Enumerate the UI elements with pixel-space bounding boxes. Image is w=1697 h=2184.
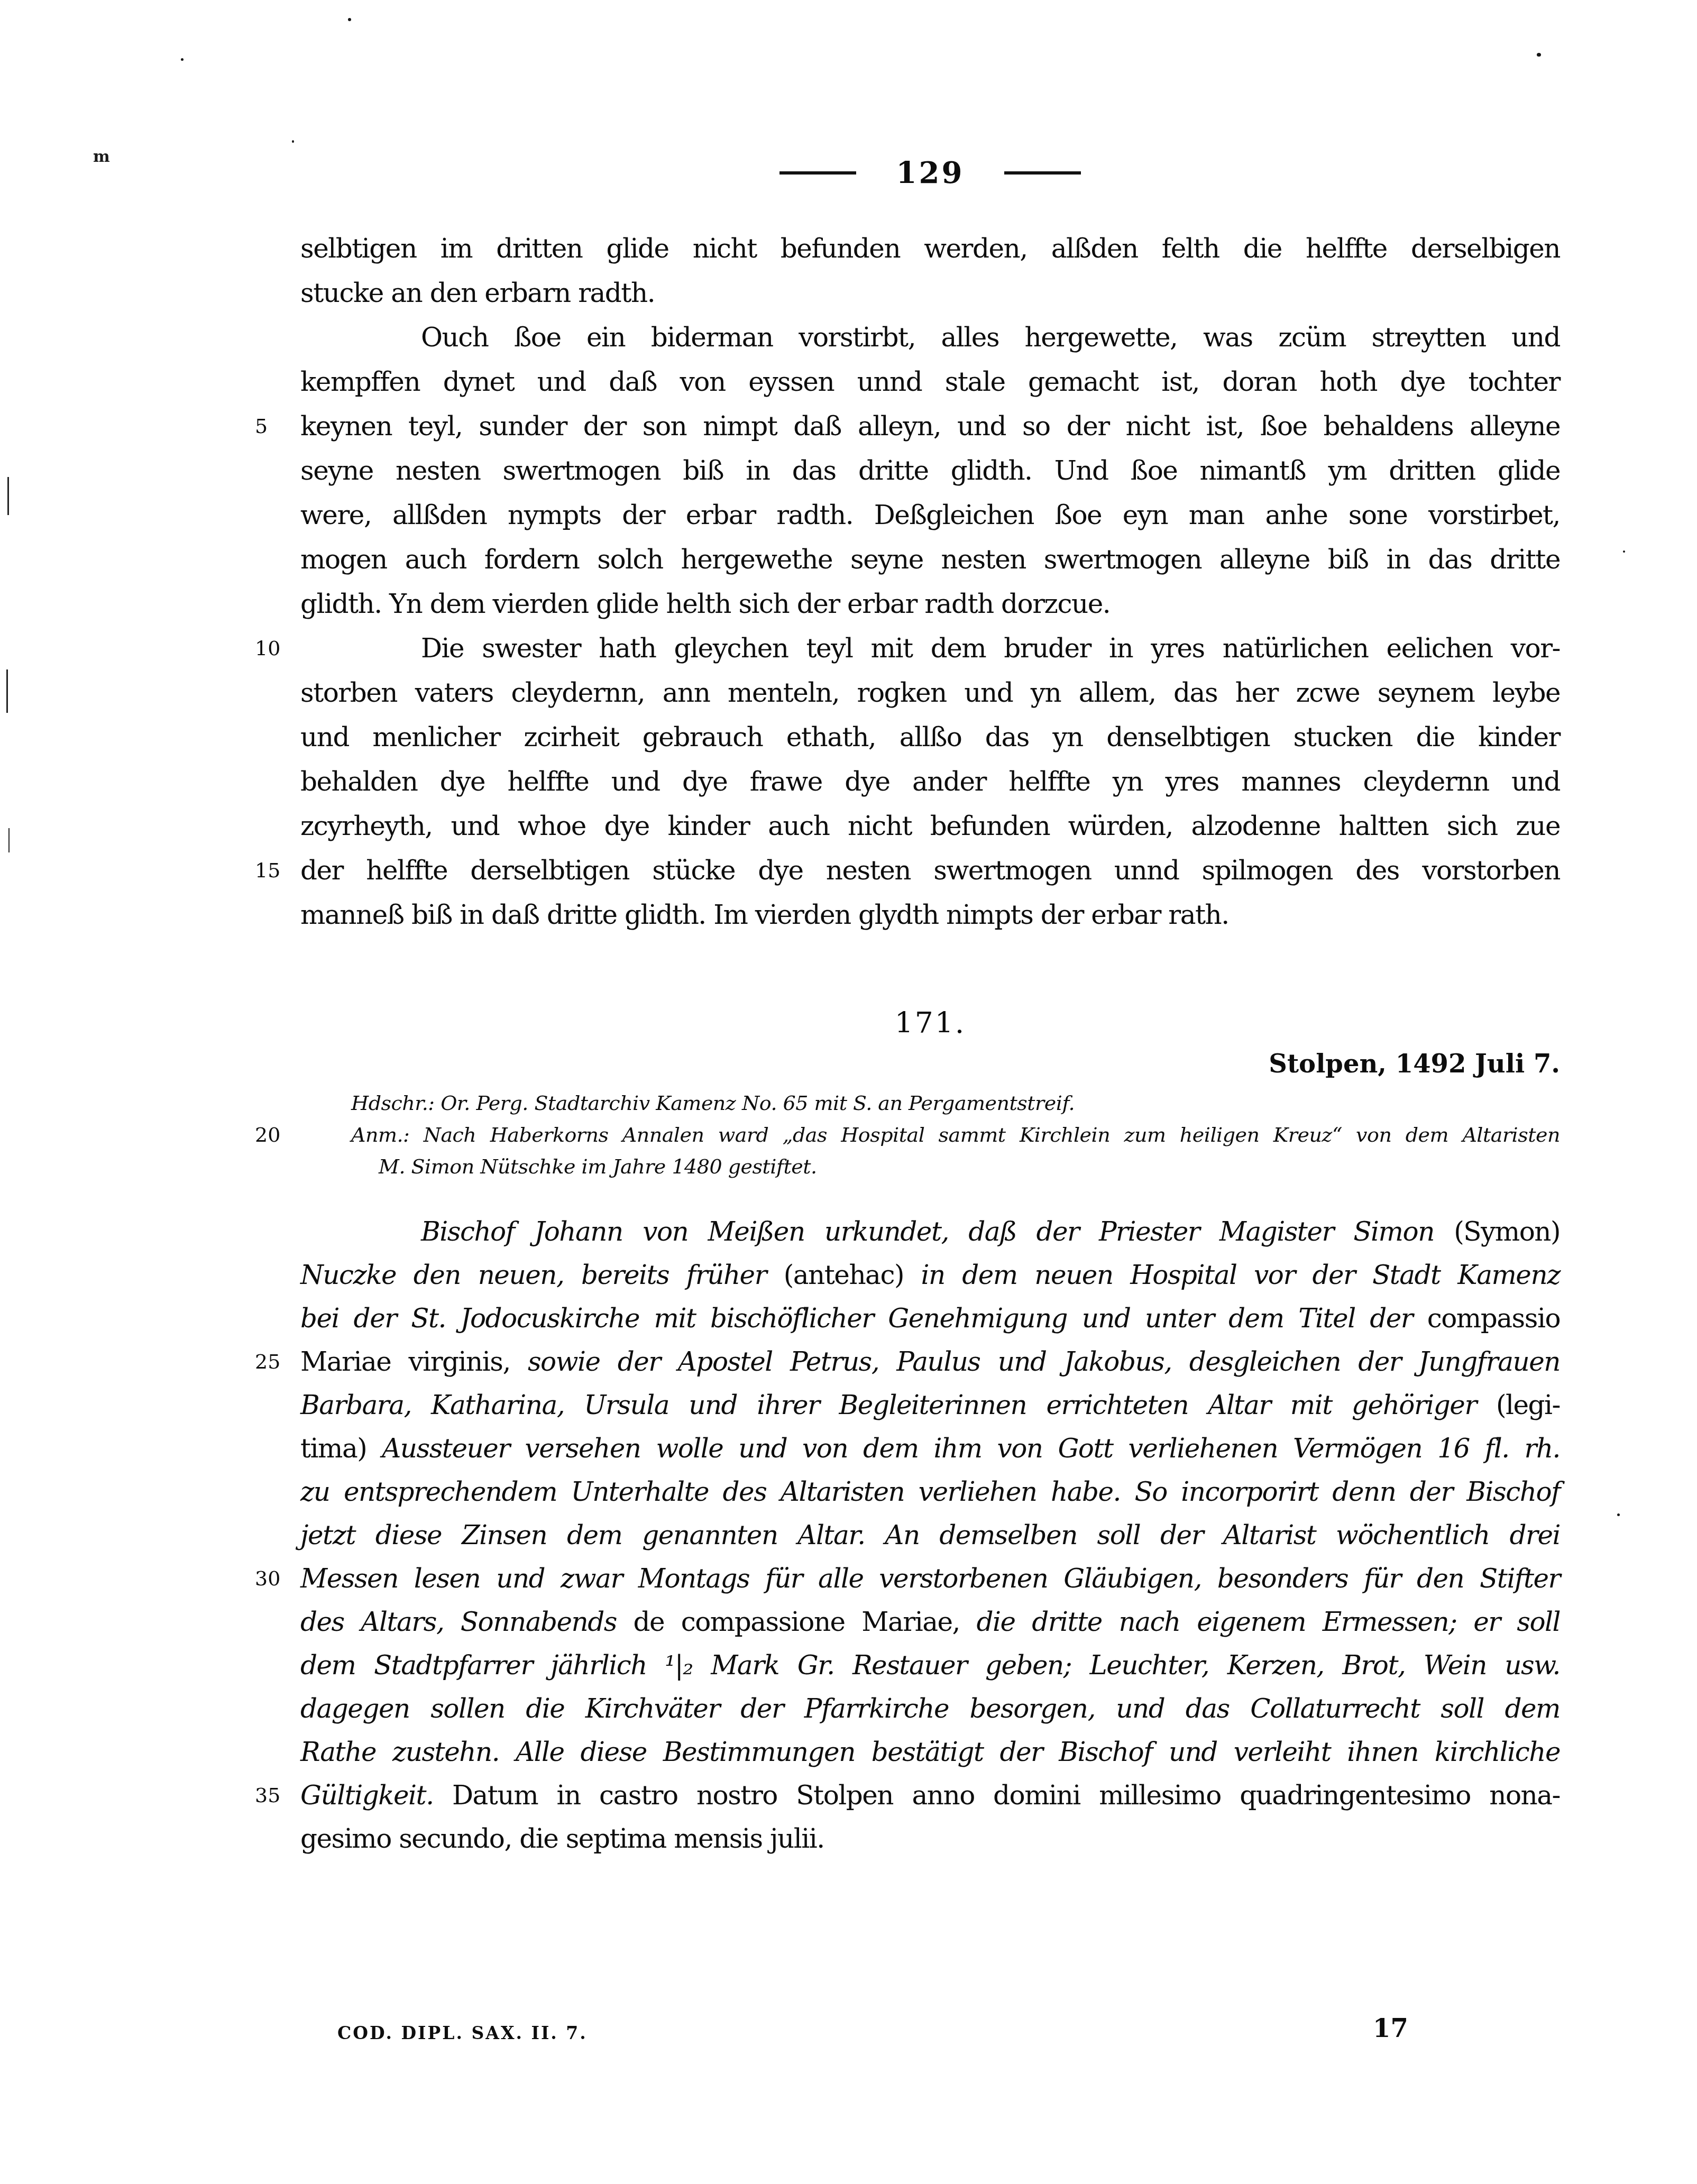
text-line: manneß biß in daß dritte glidth. Im vier… <box>300 893 1560 937</box>
italic-text-segment: dem Stadtpfarrer jährlich ¹|₂ Mark Gr. R… <box>300 1650 1560 1681</box>
upright-text-segment: storben vaters cleydernn, ann menteln, r… <box>300 677 1560 708</box>
text-line: gesimo secundo, die septima mensis julii… <box>300 1817 1560 1860</box>
upright-text-segment: glidth. Yn dem vierden glide helth sich … <box>300 589 1110 619</box>
upright-text-segment: mogen auch fordern solch hergewethe seyn… <box>300 544 1560 575</box>
upright-text-segment: manneß biß in daß dritte glidth. Im vier… <box>300 900 1229 930</box>
upright-text-segment: behalden dye helffte und dye frawe dye a… <box>300 766 1560 797</box>
entry-summary-text: Bischof Johann von Meißen urkundet, daß … <box>300 1210 1560 1860</box>
text-line: behalden dye helffte und dye frawe dye a… <box>300 759 1560 804</box>
upright-text-segment: de compassione Mariae, <box>633 1607 959 1637</box>
footer-sheet-number: 17 <box>1373 2016 1408 2041</box>
text-line: dagegen sollen die Kirchväter der Pfarrk… <box>300 1687 1560 1730</box>
text-line: 15der helffte derselbtigen stücke dye ne… <box>300 848 1560 893</box>
margin-line-number: 25 <box>255 1340 289 1383</box>
upright-text-segment: Ouch ßoe ein biderman vorstirbt, alles h… <box>421 322 1560 353</box>
text-line: 30Messen lesen und zwar Montags für alle… <box>300 1557 1560 1600</box>
margin-line-number: 5 <box>255 404 289 448</box>
text-line: jetzt diese Zinsen dem genannten Altar. … <box>300 1513 1560 1557</box>
text-line: Bischof Johann von Meißen urkundet, daß … <box>300 1210 1560 1253</box>
text-line: dem Stadtpfarrer jährlich ¹|₂ Mark Gr. R… <box>300 1644 1560 1687</box>
italic-text-segment: M. Simon Nütschke im Jahre 1480 gestifte… <box>379 1155 817 1178</box>
text-line: seyne nesten swertmogen biß in das dritt… <box>300 448 1560 493</box>
italic-text-segment: sowie der Apostel Petrus, Paulus und Jak… <box>510 1346 1560 1377</box>
upright-text-segment: und menlicher zcirheit gebrauch ethath, … <box>300 722 1560 753</box>
text-line: tima) Aussteuer versehen wolle und von d… <box>300 1427 1560 1470</box>
text-line: Rathe zustehn. Alle diese Bestimmungen b… <box>300 1730 1560 1774</box>
upright-text-segment: der helffte derselbtigen stücke dye nest… <box>300 855 1560 886</box>
upright-text-segment: (antehac) <box>784 1260 904 1290</box>
upright-text-segment: kempffen dynet und daß von eyssen unnd s… <box>300 366 1560 397</box>
entry-number: 171. <box>300 1008 1560 1038</box>
margin-line-number: 30 <box>255 1557 289 1600</box>
scan-speck <box>1617 1513 1620 1516</box>
text-line: Nuczke den neuen, bereits früher (anteha… <box>300 1253 1560 1297</box>
italic-text-segment: Barbara, Katharina, Ursula und ihrer Beg… <box>300 1390 1496 1420</box>
italic-text-segment: des Altars, Sonnabends <box>300 1607 633 1637</box>
margin-line-number: 35 <box>255 1774 289 1817</box>
text-line: selbtigen im dritten glide nicht befunde… <box>300 226 1560 271</box>
scan-speck <box>1537 53 1541 57</box>
text-line: M. Simon Nütschke im Jahre 1480 gestifte… <box>351 1151 1560 1182</box>
upright-text-segment: gesimo secundo, die septima mensis julii… <box>300 1823 824 1854</box>
header-rule-right <box>1004 171 1081 175</box>
text-line: Barbara, Katharina, Ursula und ihrer Beg… <box>300 1383 1560 1427</box>
entry-dateline: Stolpen, 1492 Juli 7. <box>300 1051 1560 1077</box>
scan-speck <box>1623 550 1625 553</box>
italic-text-segment: Rathe zustehn. Alle diese Bestimmungen b… <box>300 1737 1560 1767</box>
italic-text-segment: Gültigkeit. <box>300 1780 434 1811</box>
italic-text-segment: Hdschr.: Or. Perg. Stadtarchiv Kamenz No… <box>351 1091 1075 1115</box>
italic-text-segment: die dritte nach eigenem Ermessen; er sol… <box>960 1607 1560 1637</box>
italic-text-segment: dagegen sollen die Kirchväter der Pfarrk… <box>300 1693 1560 1724</box>
text-line: bei der St. Jodocuskirche mit bischöflic… <box>300 1297 1560 1340</box>
entry-source-notes: Hdschr.: Or. Perg. Stadtarchiv Kamenz No… <box>351 1087 1560 1182</box>
italic-text-segment: bei der St. Jodocuskirche mit bischöflic… <box>300 1303 1427 1334</box>
upright-text-segment: keynen teyl, sunder der son nimpt daß al… <box>300 411 1560 442</box>
italic-text-segment: Anm.: Nach Haberkorns Annalen ward „das … <box>351 1123 1560 1146</box>
body-text-continuation: selbtigen im dritten glide nicht befunde… <box>300 226 1560 937</box>
italic-text-segment: Aussteuer versehen wolle und von dem ihm… <box>366 1433 1560 1464</box>
margin-line-number: 10 <box>255 626 289 671</box>
upright-text-segment: zcyrheyth, und whoe dye kinder auch nich… <box>300 811 1560 841</box>
upright-text-segment: Datum in castro nostro Stolpen anno domi… <box>434 1780 1560 1811</box>
text-line: 5keynen teyl, sunder der son nimpt daß a… <box>300 404 1560 448</box>
page-number: 129 <box>896 158 965 188</box>
scan-speck <box>292 140 294 143</box>
text-line: 20Anm.: Nach Haberkorns Annalen ward „da… <box>351 1119 1560 1151</box>
scan-edge-tick <box>7 477 9 515</box>
text-line: glidth. Yn dem vierden glide helth sich … <box>300 582 1560 626</box>
upright-text-segment: selbtigen im dritten glide nicht befunde… <box>300 233 1560 264</box>
scanned-book-page: 129 selbtigen im dritten glide nicht bef… <box>0 0 1697 2184</box>
italic-text-segment: jetzt diese Zinsen dem genannten Altar. … <box>300 1520 1560 1550</box>
scan-speck <box>181 58 184 61</box>
text-line: Ouch ßoe ein biderman vorstirbt, alles h… <box>300 315 1560 360</box>
text-line: zu entsprechendem Unterhalte des Altaris… <box>300 1470 1560 1513</box>
footer-series-title: COD. DIPL. SAX. II. 7. <box>337 2024 588 2042</box>
upright-text-segment: seyne nesten swertmogen biß in das dritt… <box>300 455 1560 486</box>
italic-text-segment: Bischof Johann von Meißen urkundet, daß … <box>421 1216 1454 1247</box>
page-header: 129 <box>300 154 1560 191</box>
header-rule-left <box>779 171 856 175</box>
italic-text-segment: in dem neuen Hospital vor der Stadt Kame… <box>904 1260 1560 1290</box>
scan-marginalia-mark: m <box>93 149 110 165</box>
text-line: were, allßden nympts der erbar radth. De… <box>300 493 1560 537</box>
text-line: 10Die swester hath gleychen teyl mit dem… <box>300 626 1560 671</box>
upright-text-segment: Mariae virginis, <box>300 1346 510 1377</box>
text-line: und menlicher zcirheit gebrauch ethath, … <box>300 715 1560 759</box>
text-line: Hdschr.: Or. Perg. Stadtarchiv Kamenz No… <box>351 1087 1560 1119</box>
upright-text-segment: (legi- <box>1496 1390 1560 1420</box>
text-line: kempffen dynet und daß von eyssen unnd s… <box>300 360 1560 404</box>
upright-text-segment: (Symon) <box>1454 1216 1560 1247</box>
scan-edge-tick <box>8 828 10 852</box>
italic-text-segment: zu entsprechendem Unterhalte des Altaris… <box>300 1476 1560 1507</box>
text-line: stucke an den erbarn radth. <box>300 271 1560 315</box>
italic-text-segment: Messen lesen und zwar Montags für alle v… <box>300 1563 1560 1594</box>
scan-speck <box>348 18 351 21</box>
text-line: zcyrheyth, und whoe dye kinder auch nich… <box>300 804 1560 848</box>
text-line: storben vaters cleydernn, ann menteln, r… <box>300 671 1560 715</box>
text-line: mogen auch fordern solch hergewethe seyn… <box>300 537 1560 582</box>
upright-text-segment: Die swester hath gleychen teyl mit dem b… <box>421 633 1560 664</box>
upright-text-segment: were, allßden nympts der erbar radth. De… <box>300 500 1560 530</box>
margin-line-number: 15 <box>255 848 289 893</box>
text-line: 25Mariae virginis, sowie der Apostel Pet… <box>300 1340 1560 1383</box>
upright-text-segment: stucke an den erbarn radth. <box>300 278 655 308</box>
margin-line-number: 20 <box>255 1119 289 1151</box>
text-line: 35Gültigkeit. Datum in castro nostro Sto… <box>300 1774 1560 1817</box>
italic-text-segment: Nuczke den neuen, bereits früher <box>300 1260 784 1290</box>
text-line: des Altars, Sonnabends de compassione Ma… <box>300 1600 1560 1644</box>
scan-edge-tick <box>6 669 8 713</box>
upright-text-segment: tima) <box>300 1433 366 1464</box>
upright-text-segment: compassio <box>1427 1303 1560 1334</box>
